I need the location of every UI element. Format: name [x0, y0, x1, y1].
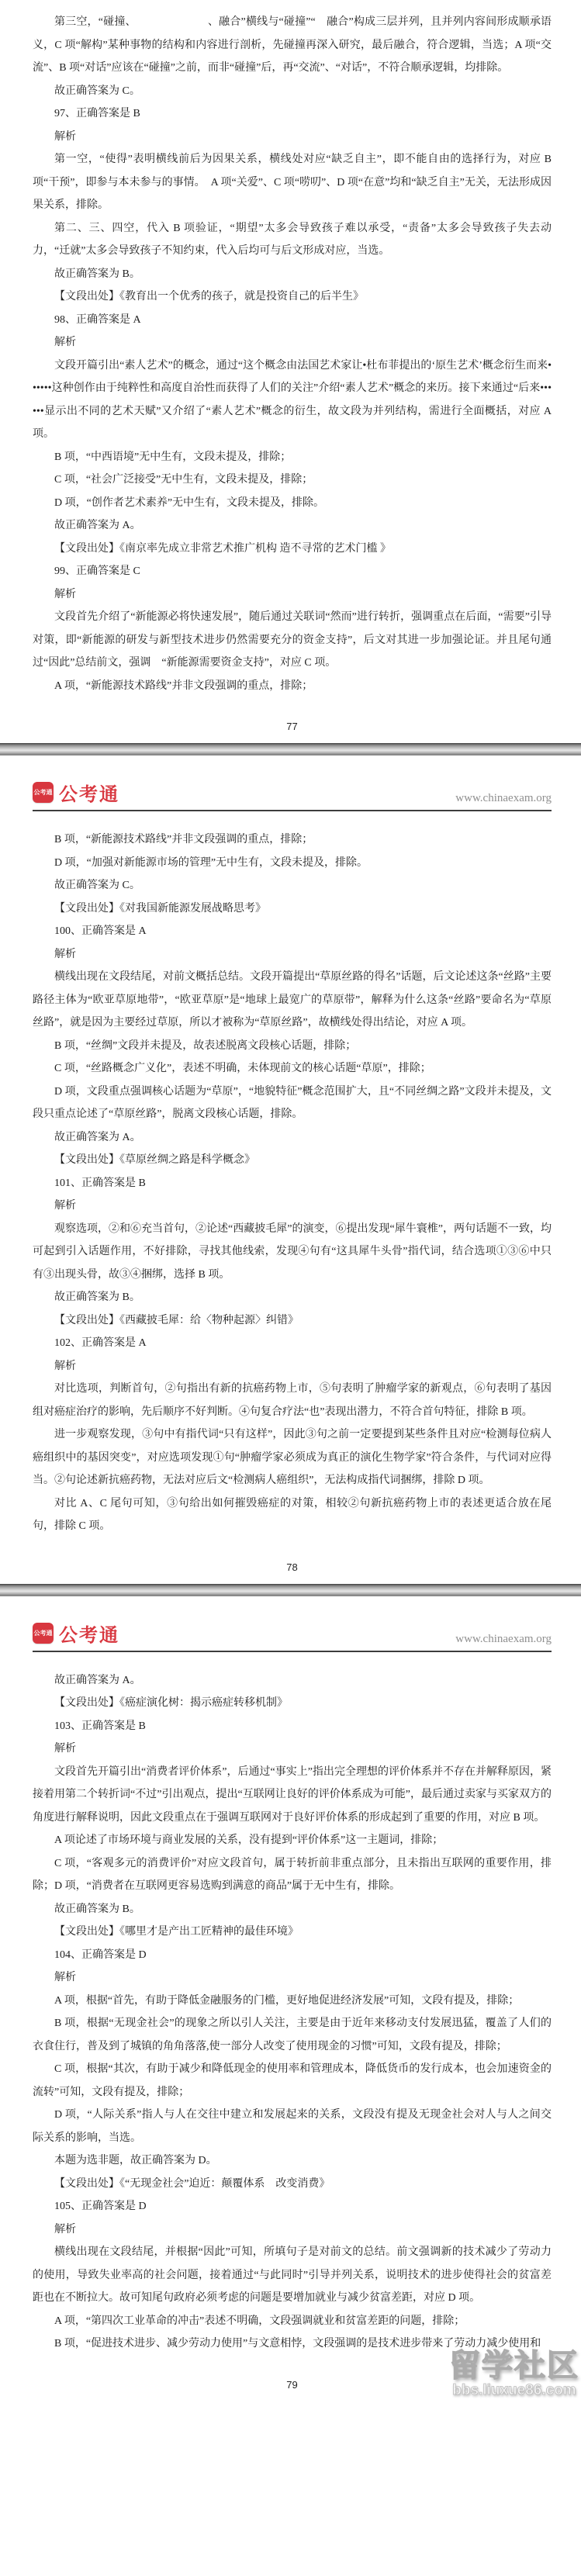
paragraph: D 项，文段重点强调核心话题为“草原”，“地貌特征”概念范围扩大，且“不同丝绸之…: [33, 1081, 552, 1126]
paragraph: 第一空，“使得”表明横线前后为因果关系，横线处对应“缺乏自主”，即不能自由的选择…: [33, 148, 552, 217]
page-separator: [0, 743, 581, 756]
paragraph: 进一步观察发现，③句中有指代词“只有这样”，因此③句之前一定要提到某些条件且对应…: [33, 1423, 552, 1492]
paragraph: 103、正确答案是 B: [33, 1715, 552, 1738]
paragraph: 文段首先介绍了“新能源必将快速发展”，随后通过关联词“然而”进行转折，强调重点在…: [33, 606, 552, 675]
page-header: 公考通 公考通 www.chinaexam.org: [33, 1596, 552, 1652]
paragraph: 【文段出处】《对我国新能源发展战略思考》: [33, 897, 552, 921]
page-78: 公考通 公考通 www.chinaexam.org B 项，“新能源技术路线”并…: [0, 756, 581, 1584]
paragraph: A 项论述了市场环境与商业发展的关系，没有提到“评价体系”这一主题词，排除；: [33, 1829, 552, 1852]
paragraph: D 项，“创作者艺术素养”无中生有，文段未提及，排除。: [33, 492, 552, 515]
paragraph: 98、正确答案是 A: [33, 309, 552, 332]
paragraph: 105、正确答案是 D: [33, 2195, 552, 2218]
paragraph: 【文段出处】《“无现金社会”迫近：颠覆体系 改变消费》: [33, 2173, 552, 2196]
paragraph: 横线出现在文段结尾，对前文概括总结。文段开篇提出“草原丝路的得名”话题，后文论述…: [33, 966, 552, 1035]
page-79: 公考通 公考通 www.chinaexam.org 故正确答案为 A。【文段出处…: [0, 1596, 581, 2401]
gongkaotong-logo-icon: 公考通: [33, 782, 54, 803]
paragraph: C 项，“丝路概念广义化”，表述不明确，未体现前文的核心话题“草原”，排除；: [33, 1057, 552, 1081]
paragraph: D 项，“加强对新能源市场的管理”无中生有，文段未提及，排除。: [33, 852, 552, 875]
paragraph: 解析: [33, 943, 552, 966]
paragraph: D 项，“人际关系”指人与人在交往中建立和发展起来的关系，文段没有提及无现金社会…: [33, 2104, 552, 2149]
site-url[interactable]: www.chinaexam.org: [455, 792, 552, 806]
paragraph: 故正确答案为 A。: [33, 1669, 552, 1693]
paragraph: 99、正确答案是 C: [33, 560, 552, 583]
page-77: 第三空，“碰撞、 、融合”横线与“碰撞”“ 融合”构成三层并列，且并列内容间形成…: [0, 0, 581, 743]
paragraph: 104、正确答案是 D: [33, 1944, 552, 1967]
paragraph: C 项，根据“其次，有助于减少和降低现金的使用率和管理成本，降低货币的发行成本，…: [33, 2058, 552, 2104]
page-78-content: B 项，“新能源技术路线”并非文段强调的重点，排除；D 项，“加强对新能源市场的…: [33, 828, 552, 1538]
brand: 公考通 公考通: [33, 779, 119, 806]
paragraph: 横线出现在文段结尾，并根据“因此”可知，所填句子是对前文的总结。前文强调新的技术…: [33, 2241, 552, 2310]
paragraph: 故正确答案为 B。: [33, 1286, 552, 1309]
paragraph: 解析: [33, 1966, 552, 1990]
brand-name: 公考通: [59, 1620, 119, 1647]
paragraph: 文段开篇引出“素人艺术”的概念，通过“这个概念由法国艺术家让•杜布菲提出的‘原生…: [33, 354, 552, 446]
paragraph: 故正确答案为 B。: [33, 263, 552, 286]
paragraph: B 项，“促进技术进步、减少劳动力使用”与文意相悖，文段强调的是技术进步带来了劳…: [33, 2332, 552, 2356]
pdf-document: 第三空，“碰撞、 、融合”横线与“碰撞”“ 融合”构成三层并列，且并列内容间形成…: [0, 0, 581, 2401]
paragraph: 解析: [33, 583, 552, 607]
paragraph: 解析: [33, 126, 552, 149]
paragraph: 97、正确答案是 B: [33, 102, 552, 126]
paragraph: A 项，“新能源技术路线”并非文段强调的重点，排除；: [33, 675, 552, 698]
paragraph: 【文段出处】《西藏披毛犀：给〈物种起源〉纠错》: [33, 1309, 552, 1333]
site-url[interactable]: www.chinaexam.org: [455, 1633, 552, 1647]
paragraph: 第三空，“碰撞、 、融合”横线与“碰撞”“ 融合”构成三层并列，且并列内容间形成…: [33, 11, 552, 80]
page-79-content: 故正确答案为 A。【文段出处】《癌症演化树：揭示癌症转移机制》103、正确答案是…: [33, 1669, 552, 2356]
paragraph: 故正确答案为 C。: [33, 874, 552, 897]
page-77-content: 第三空，“碰撞、 、融合”横线与“碰撞”“ 融合”构成三层并列，且并列内容间形成…: [33, 11, 552, 697]
page-header: 公考通 公考通 www.chinaexam.org: [33, 756, 552, 811]
paragraph: 解析: [33, 1738, 552, 1761]
page-separator: [0, 1584, 581, 1596]
gongkaotong-logo-icon: 公考通: [33, 1623, 54, 1644]
paragraph: C 项，“客观多元的消费评价”对应文段首句，属于转折前非重点部分，且未指出互联网…: [33, 1852, 552, 1898]
paragraph: 解析: [33, 2218, 552, 2242]
paragraph: 对比 A、C 尾句可知，③句给出如何摧毁癌症的对策，相较②句新抗癌药物上市的表述…: [33, 1492, 552, 1538]
paragraph: C 项，“社会广泛接受”无中生有，文段未提及，排除；: [33, 469, 552, 492]
paragraph: A 项，根据“首先，有助于降低金融服务的门槛，更好地促进经济发展”可知，文段有提…: [33, 1990, 552, 2013]
paragraph: A 项，“第四次工业革命的冲击”表述不明确，文段强调就业和贫富差距的问题，排除；: [33, 2310, 552, 2333]
paragraph: 【文段出处】《教育出一个优秀的孩子，就是投资自己的后半生》: [33, 285, 552, 309]
paragraph: 【文段出处】《哪里才是产出工匠精神的最佳环境》: [33, 1921, 552, 1944]
paragraph: 100、正确答案是 A: [33, 920, 552, 943]
paragraph: B 项，“中西语境”无中生有，文段未提及，排除；: [33, 446, 552, 469]
paragraph: 故正确答案为 B。: [33, 1898, 552, 1921]
page-number: 77: [33, 721, 552, 743]
paragraph: 102、正确答案是 A: [33, 1332, 552, 1355]
paragraph: 本题为选非题，故正确答案为 D。: [33, 2149, 552, 2173]
brand: 公考通 公考通: [33, 1620, 119, 1647]
paragraph: 【文段出处】《草原丝绸之路是科学概念》: [33, 1149, 552, 1172]
paragraph: 文段首先开篇引出“消费者评价体系”，后通过“事实上”指出完全理想的评价体系并不存…: [33, 1761, 552, 1830]
paragraph: 解析: [33, 1355, 552, 1378]
page-number: 78: [33, 1561, 552, 1584]
paragraph: 解析: [33, 331, 552, 354]
paragraph: 故正确答案为 A。: [33, 1126, 552, 1150]
paragraph: B 项，根据“无现金社会”的现象之所以引人关注，主要是由于近年来移动支付发展迅猛…: [33, 2012, 552, 2058]
paragraph: 故正确答案为 A。: [33, 514, 552, 538]
paragraph: 【文段出处】《癌症演化树：揭示癌症转移机制》: [33, 1692, 552, 1715]
paragraph: 【文段出处】《南京率先成立非常艺术推广机构 造不寻常的艺术门槛 》: [33, 538, 552, 561]
brand-name: 公考通: [59, 779, 119, 806]
paragraph: 解析: [33, 1195, 552, 1218]
paragraph: B 项，“丝绸”文段并未提及，故表述脱离文段核心话题，排除；: [33, 1035, 552, 1058]
paragraph: 第二、三、四空，代入 B 项验证，“期望”太多会导致孩子难以承受，“责备”太多会…: [33, 217, 552, 263]
paragraph: B 项，“新能源技术路线”并非文段强调的重点，排除；: [33, 828, 552, 852]
paragraph: 对比选项，判断首句，②句指出有新的抗癌药物上市，⑤句表明了肿瘤学家的新观点，⑥句…: [33, 1378, 552, 1423]
page-number: 79: [33, 2379, 552, 2401]
paragraph: 故正确答案为 C。: [33, 80, 552, 103]
paragraph: 101、正确答案是 B: [33, 1172, 552, 1195]
paragraph: 观察选项，②和⑥充当首句，②论述“西藏披毛犀”的演变，⑥提出发现“犀牛寰椎”，两…: [33, 1218, 552, 1287]
